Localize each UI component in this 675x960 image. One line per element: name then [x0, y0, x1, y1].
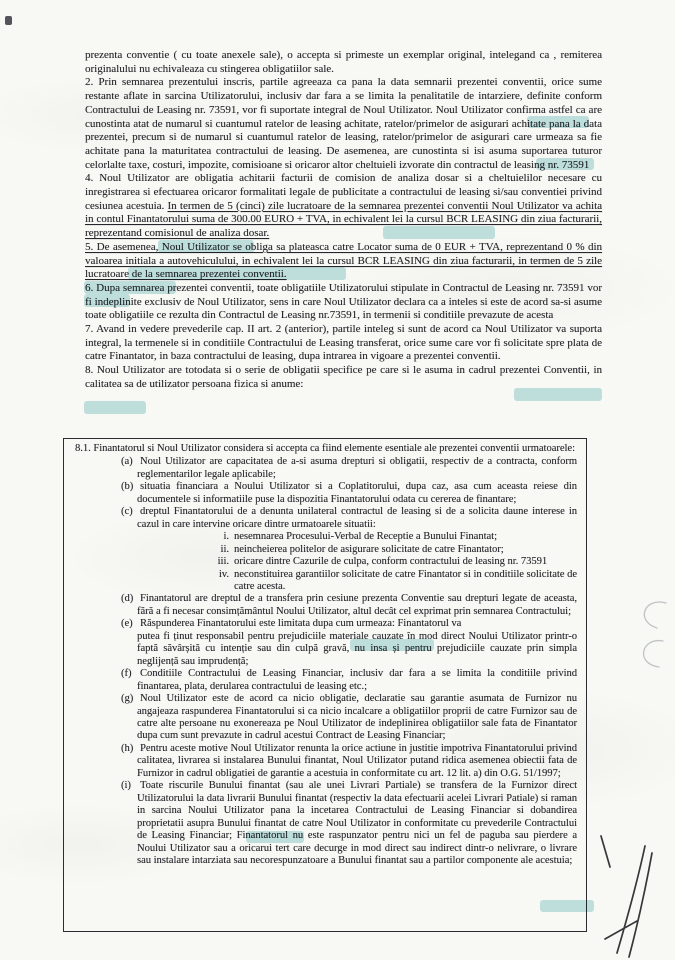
clause-subitem-label: iii. — [212, 556, 229, 568]
clause-item-label: (c) — [121, 506, 137, 518]
clause-item: (d)Finantatorul are dreptul de a transfe… — [75, 593, 577, 618]
clause-item: (a)Noul Utilizator are capacitatea de a-… — [75, 456, 577, 481]
clause-item-text: Finantatorul are dreptul de a transfera … — [137, 593, 577, 616]
clause-subitem: iii.oricare dintre Cazurile de culpa, co… — [137, 556, 577, 568]
clause-subitem-label: iv. — [212, 569, 229, 581]
paragraph-4: 4. Noul Utilizator are obligatia achitar… — [85, 172, 602, 241]
clause-item: (e)Răspunderea Finantatorului este limit… — [75, 618, 577, 668]
paragraph-2: 2. Prin semnarea prezentului inscris, pa… — [85, 76, 602, 172]
clause-item-text: situatia financiara a Noului Utilizator … — [137, 481, 577, 504]
clause-item: (b)situatia financiara a Noului Utilizat… — [75, 481, 577, 506]
clause-item: (f)Conditiile Contractului de Leasing Fi… — [75, 668, 577, 693]
clause-item-label: (e) — [121, 618, 137, 630]
clause-subitem-text: nesemnarea Procesului-Verbal de Receptie… — [234, 531, 497, 542]
clause-subitem-label: i. — [212, 531, 229, 543]
clause-item-label: (a) — [121, 456, 137, 468]
clause-item-label: (i) — [121, 780, 137, 792]
paragraph-6: 6. Dupa semnarea prezentei conventii, to… — [85, 282, 602, 323]
clause-item-label: (b) — [121, 481, 137, 493]
clause-8-1-items: (a)Noul Utilizator are capacitatea de a-… — [75, 456, 577, 867]
clause-item-text: Conditiile Contractului de Leasing Finan… — [137, 668, 577, 691]
paragraph-1: prezenta conventie ( cu toate anexele sa… — [85, 49, 602, 76]
clause-item-text: Toate riscurile Bunului finantat (sau al… — [137, 780, 577, 866]
clause-item-label: (h) — [121, 743, 137, 755]
scan-speck — [5, 16, 12, 25]
clause-item: (h)Pentru aceste motive Noul Utilizator … — [75, 743, 577, 780]
document-text-block: prezenta conventie ( cu toate anexele sa… — [85, 49, 602, 392]
clause-8-1-box: 8.1. Finantatorul si Noul Utilizator con… — [63, 438, 587, 932]
clause-item-text: Pentru aceste motive Noul Utilizator ren… — [137, 743, 577, 779]
clause-subitem: i.nesemnarea Procesului-Verbal de Recept… — [137, 531, 577, 543]
clause-item: (g)Noul Utilizator este de acord ca nici… — [75, 693, 577, 743]
clause-item-text: Noul Utilizator are capacitatea de a-si … — [137, 456, 577, 479]
clause-item-text: Noul Utilizator este de acord ca nicio o… — [137, 693, 577, 741]
scanned-contract-page: prezenta conventie ( cu toate anexele sa… — [0, 0, 675, 960]
paragraph-8: 8. Noul Utilizator are totodata si o ser… — [85, 364, 602, 391]
clause-8-1-intro: 8.1. Finantatorul si Noul Utilizator con… — [75, 443, 577, 455]
clause-item-label: (g) — [121, 693, 137, 705]
clause-subitem-label: ii. — [212, 544, 229, 556]
paragraph-7: 7. Avand in vedere prevederile cap. II a… — [85, 323, 602, 364]
clause-item: (c)dreptul Finantatorului de a denunta u… — [75, 506, 577, 593]
clause-item-text: dreptul Finantatorului de a denunta unil… — [137, 506, 577, 529]
paragraph-5: 5. De asemenea, Noul Utilizator se oblig… — [85, 241, 602, 282]
clause-item: (i)Toate riscurile Bunului finantat (sau… — [75, 780, 577, 867]
clause-subitems: i.nesemnarea Procesului-Verbal de Recept… — [137, 531, 577, 593]
clause-item-label: (f) — [121, 668, 137, 680]
clause-subitem-text: oricare dintre Cazurile de culpa, confor… — [234, 556, 547, 567]
clause-item-text: Răspunderea Finantatorului este limitata… — [137, 618, 577, 666]
clause-item-label: (d) — [121, 593, 137, 605]
scan-tint-artifact — [84, 401, 146, 414]
clause-subitem-text: neincheierea politelor de asigurare soli… — [234, 544, 504, 555]
clause-subitem-text: neconstituirea garantiilor solicitate de… — [234, 569, 577, 592]
clause-subitem: ii.neincheierea politelor de asigurare s… — [137, 544, 577, 556]
clause-subitem: iv.neconstituirea garantiilor solicitate… — [137, 569, 577, 594]
